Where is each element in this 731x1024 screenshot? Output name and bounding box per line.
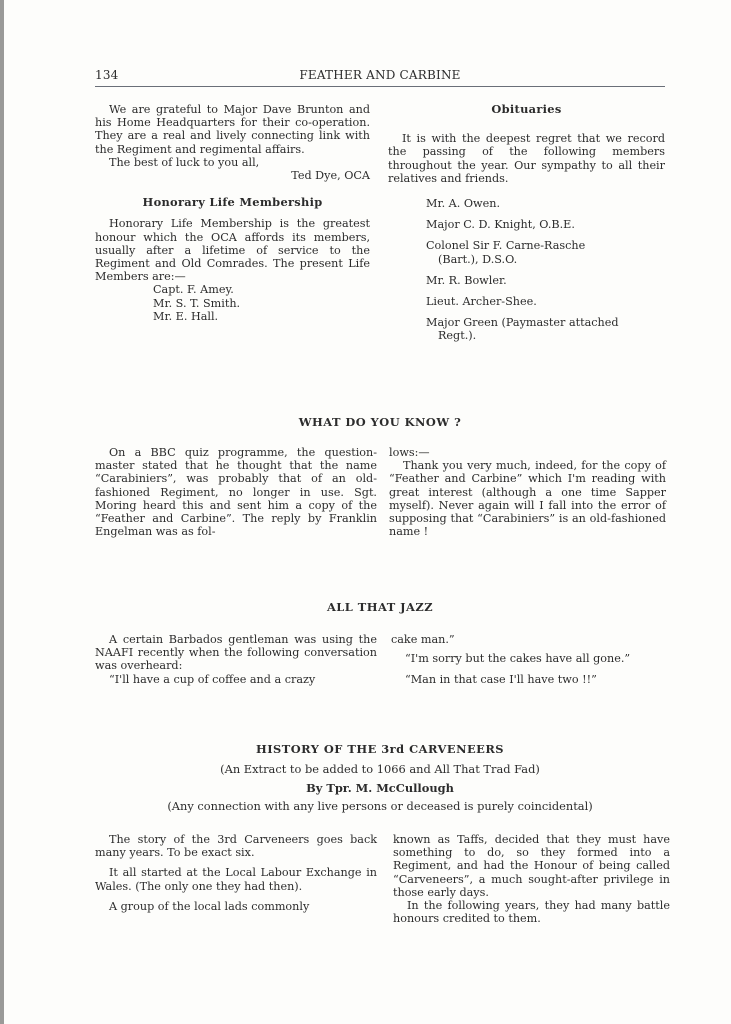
what-do-you-know-heading: WHAT DO YOU KNOW ?	[95, 415, 665, 429]
jazz-continuation: cake man.”	[391, 633, 668, 646]
jazz-left-paragraph-1: A certain Barbados gentleman was using t…	[95, 633, 377, 673]
thanks-paragraph: We are grateful to Major Dave Brunton an…	[95, 103, 370, 156]
list-item: Mr. A. Owen.	[388, 197, 665, 210]
list-item: Mr. R. Bowler.	[388, 274, 665, 287]
obituaries-heading: Obituaries	[388, 103, 665, 116]
jazz-right-paragraph-1: “I'm sorry but the cakes have all gone.”	[391, 652, 668, 665]
obituaries-list: Mr. A. Owen. Major C. D. Knight, O.B.E. …	[388, 197, 665, 343]
wdyk-left-column: On a BBC quiz programme, the question-ma…	[95, 446, 377, 538]
obituaries-paragraph: It is with the deepest regret that we re…	[388, 132, 665, 185]
history-left-paragraph-3: A group of the local lads commonly	[95, 900, 377, 913]
list-item: Mr. S. T. Smith.	[95, 297, 370, 310]
running-header: 134 FEATHER AND CARBINE	[95, 68, 665, 87]
history-byline: By Tpr. M. McCullough	[95, 781, 665, 795]
left-column-top: We are grateful to Major Dave Brunton an…	[95, 103, 370, 323]
history-heading: HISTORY OF THE 3rd CARVENEERS	[95, 742, 665, 756]
list-item: Major Green (Paymaster attachedRegt.).	[388, 316, 665, 342]
history-right-paragraph-1: known as Taffs, decided that they must h…	[393, 833, 670, 899]
list-item: Mr. E. Hall.	[95, 310, 370, 323]
history-disclaimer: (Any connection with any live persons or…	[95, 799, 665, 813]
publication-title: FEATHER AND CARBINE	[95, 68, 665, 82]
life-members-list: Capt. F. Amey. Mr. S. T. Smith. Mr. E. H…	[95, 283, 370, 323]
list-item: Colonel Sir F. Carne-Rasche(Bart.), D.S.…	[388, 239, 665, 265]
jazz-right-paragraph-2: “Man in that case I'll have two !!”	[391, 673, 668, 686]
list-item: Capt. F. Amey.	[95, 283, 370, 296]
honorary-heading: Honorary Life Membership	[95, 196, 370, 209]
jazz-right-column: cake man.” “I'm sorry but the cakes have…	[391, 633, 668, 687]
jazz-left-paragraph-2: “I'll have a cup of coffee and a crazy	[95, 673, 377, 686]
history-subtitle: (An Extract to be added to 1066 and All …	[95, 762, 665, 776]
history-right-paragraph-2: In the following years, they had many ba…	[393, 899, 670, 925]
history-left-column: The story of the 3rd Carveneers goes bac…	[95, 833, 377, 913]
jazz-left-column: A certain Barbados gentleman was using t…	[95, 633, 377, 686]
wdyk-right-column: lows:— Thank you very much, indeed, for …	[389, 446, 666, 538]
magazine-page: 134 FEATHER AND CARBINE We are grateful …	[0, 0, 731, 1024]
history-left-paragraph-1: The story of the 3rd Carveneers goes bac…	[95, 833, 377, 859]
wdyk-left-paragraph: On a BBC quiz programme, the question-ma…	[95, 446, 377, 538]
list-item: Lieut. Archer-Shee.	[388, 295, 665, 308]
closing-line: The best of luck to you all,	[95, 156, 370, 169]
all-that-jazz-heading: ALL THAT JAZZ	[95, 600, 665, 614]
honorary-paragraph: Honorary Life Membership is the greatest…	[95, 217, 370, 283]
history-left-paragraph-2: It all started at the Local Labour Excha…	[95, 866, 377, 892]
wdyk-right-paragraph: Thank you very much, indeed, for the cop…	[389, 459, 666, 538]
signature: Ted Dye, OCA	[95, 169, 370, 182]
obituaries-column: Obituaries It is with the deepest regret…	[388, 103, 665, 351]
wdyk-continuation: lows:—	[389, 446, 666, 459]
history-right-column: known as Taffs, decided that they must h…	[393, 833, 670, 925]
list-item: Major C. D. Knight, O.B.E.	[388, 218, 665, 231]
